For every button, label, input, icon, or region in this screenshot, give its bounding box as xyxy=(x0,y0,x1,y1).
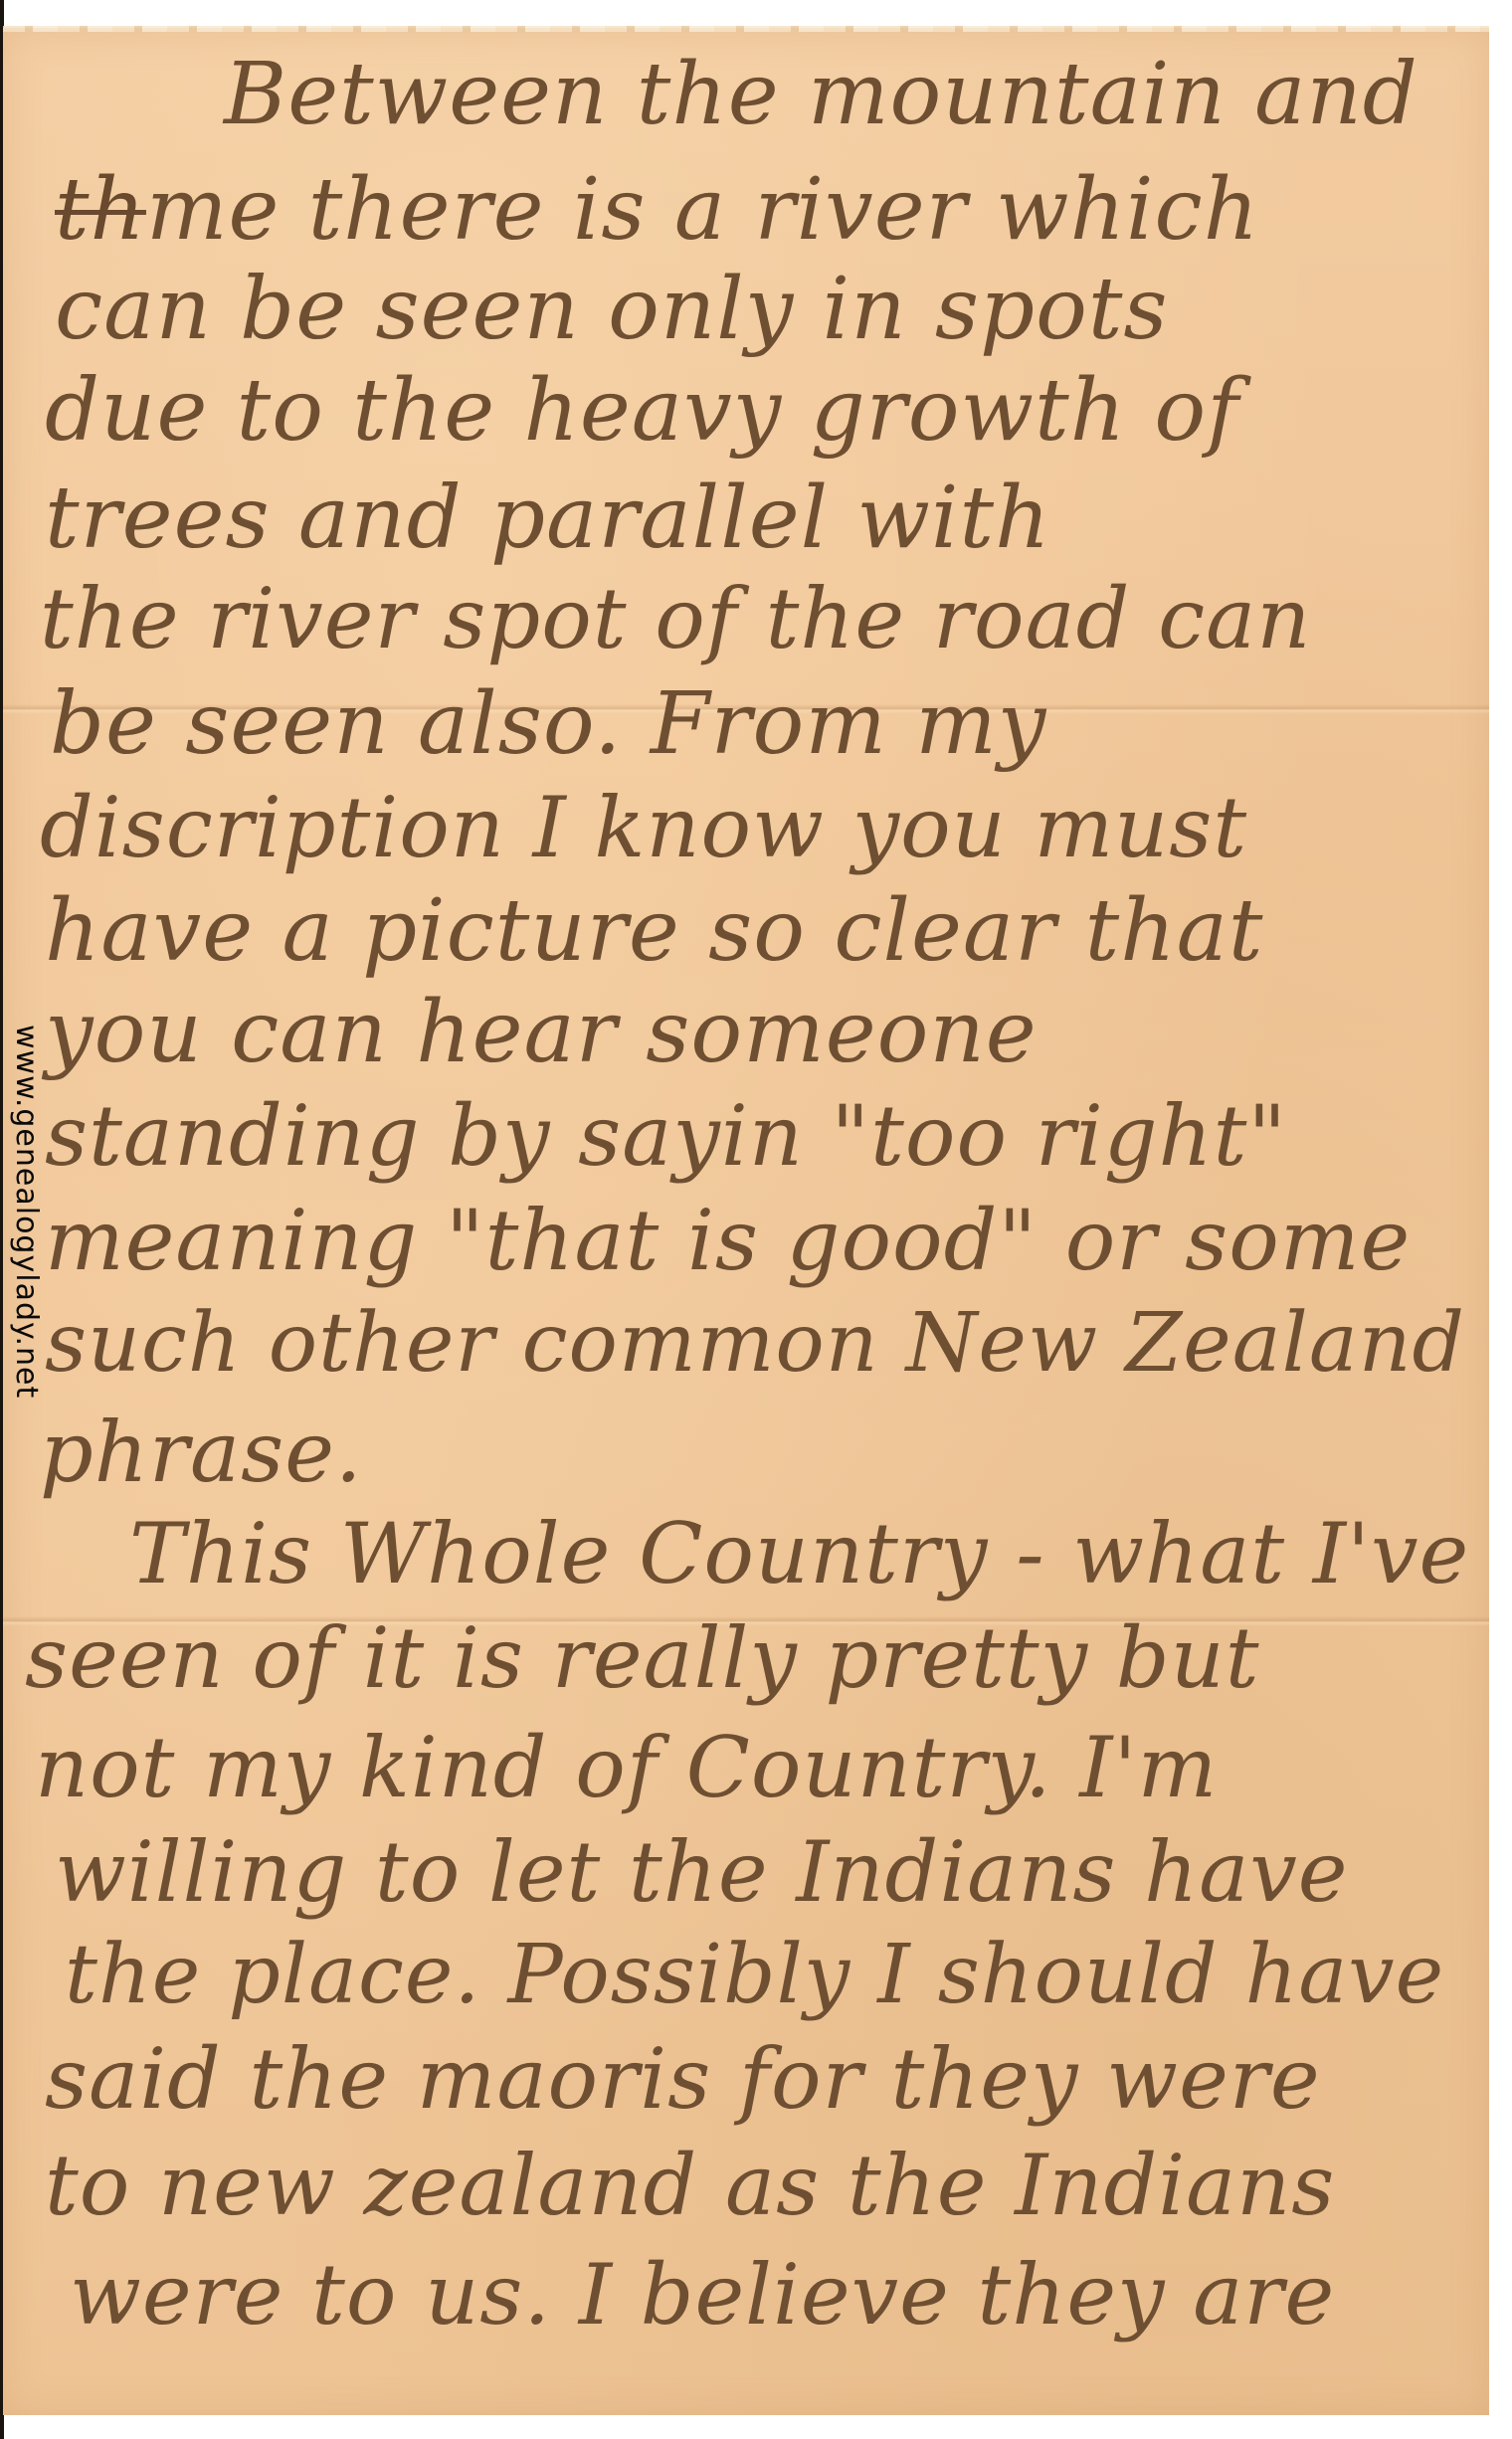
letter-line: due to the heavy growth of xyxy=(45,368,1239,454)
letter-line: be seen also. From my xyxy=(50,681,1046,767)
letter-line: said the maoris for they were xyxy=(45,2037,1321,2121)
letter-line-text: me there is a river which xyxy=(146,160,1259,260)
letter-line: the river spot of the road can xyxy=(40,577,1311,660)
letter-line: were to us. I believe they are xyxy=(70,2253,1335,2337)
letter-line: Between the mountain and xyxy=(224,52,1418,137)
letter-line: discription I know you must xyxy=(40,786,1247,869)
letter-line: such other common New Zealand xyxy=(45,1303,1465,1385)
letter-line: to new zealand as the Indians xyxy=(45,2144,1335,2227)
letter-line: thme there is a river which xyxy=(55,167,1259,253)
letter-line: standing by sayin "too right" xyxy=(45,1094,1287,1178)
letter-line: have a picture so clear that xyxy=(45,888,1263,974)
letter-line: phrase. xyxy=(40,1410,363,1494)
letter-line: not my kind of Country. I'm xyxy=(35,1726,1218,1809)
letter-line: seen of it is really pretty but xyxy=(25,1616,1259,1700)
watermark-text: www.genealogylady.net xyxy=(4,1025,44,1403)
letter-line: you can hear someone xyxy=(45,990,1038,1075)
letter-line: This Whole Country - what I've xyxy=(129,1512,1469,1595)
struck-word: th xyxy=(55,160,146,260)
torn-top-edge xyxy=(3,26,1489,32)
letter-line: willing to let the Indians have xyxy=(55,1830,1349,1914)
letter-line: the place. Possibly I should have xyxy=(65,1935,1444,2016)
letter-line: meaning "that is good" or some xyxy=(45,1199,1411,1282)
letter-line: trees and parallel with xyxy=(45,475,1051,561)
letter-line: can be seen only in spots xyxy=(55,267,1169,352)
